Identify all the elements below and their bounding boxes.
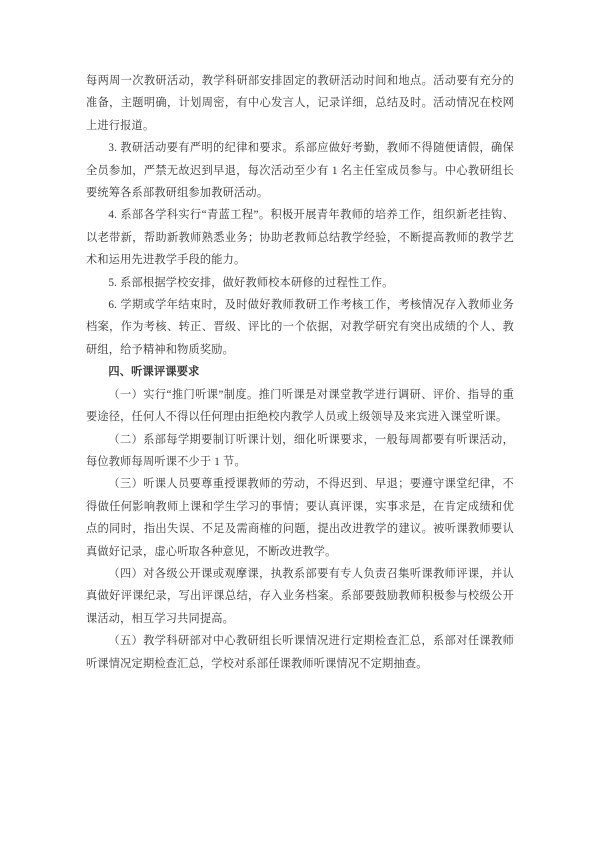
paragraph-item-6: 6. 学期或学年结束时，及时做好教师教研工作考核工作，考核情况存入教师业务档案，… [86,294,514,361]
paragraph-item-5: 5. 系部根据学校安排，做好教师校本研修的过程性工作。 [86,272,514,294]
paragraph-continued: 每两周一次教研活动，教学科研部安排固定的教研活动时间和地点。活动要有充分的准备，… [86,70,514,137]
paragraph-sub-2: （二）系部每学期要制订听课计划，细化听课要求，一般每周都要有听课活动，每位教师每… [86,429,514,474]
paragraph-sub-1: （一）实行“推门听课”制度。推门听课是对课堂教学进行调研、评价、指导的重要途径，… [86,384,514,429]
paragraph-sub-4: （四）对各级公开课或观摩课，执教系部要有专人负责召集听课教师评课，并认真做好评课… [86,563,514,630]
document-body: 每两周一次教研活动，教学科研部安排固定的教研活动时间和地点。活动要有充分的准备，… [86,70,514,675]
paragraph-item-3: 3. 教研活动要有严明的纪律和要求。系部应做好考勤，教师不得随便请假，确保全员参… [86,137,514,204]
paragraph-sub-5: （五）教学科研部对中心教研组长听课情况进行定期检查汇总，系部对任课教师听课情况定… [86,630,514,675]
document-page: 每两周一次教研活动，教学科研部安排固定的教研活动时间和地点。活动要有充分的准备，… [0,0,600,848]
section-heading: 四、听课评课要求 [86,361,514,383]
paragraph-sub-3: （三）听课人员要尊重授课教师的劳动，不得迟到、早退；要遵守课堂纪律，不得做任何影… [86,473,514,563]
paragraph-item-4: 4. 系部各学科实行“青蓝工程”。积极开展青年教师的培养工作，组织新老挂钩、以老… [86,204,514,271]
